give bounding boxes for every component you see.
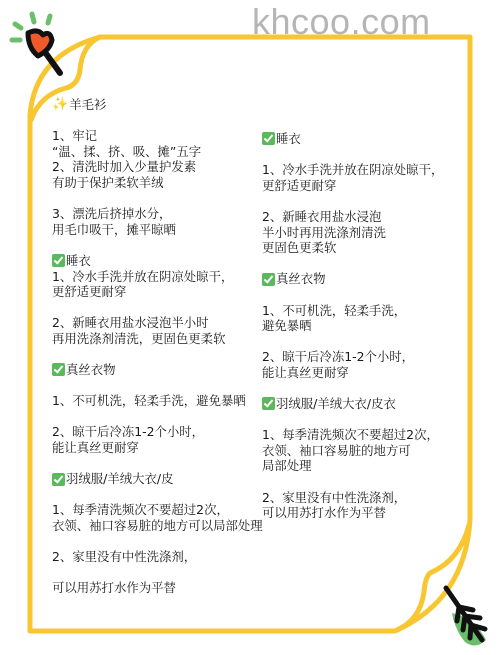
text-line: 半小时再用洗涤剂清洗 — [262, 225, 467, 241]
spacer — [52, 409, 267, 425]
section-heading-down: 羽绒服/羊绒大衣/皮 — [52, 471, 267, 487]
spacer — [52, 237, 267, 253]
text-line: 更固色更柔软 — [262, 240, 467, 256]
text-line: 2、清洗时加入少量护发素 — [52, 159, 267, 175]
text-line: 2、晾干后冷冻1-2个小时， — [262, 349, 467, 365]
text-line: 用毛巾吸干，摊平晾晒 — [52, 222, 267, 238]
text-line: 避免暴晒 — [262, 318, 467, 334]
spacer — [52, 487, 267, 503]
text-line: 1、牢记 — [52, 128, 267, 144]
text-line: 2、家里没有中性洗涤剂， — [262, 490, 467, 506]
left-column: ✨ 羊毛衫 1、牢记 “温、揉、挤、吸、摊”五字 2、清洗时加入少量护发素 有助… — [52, 97, 267, 596]
section-heading-pajama: 睡衣 — [262, 131, 467, 147]
text-line: 1、冷水手洗并放在阴凉处晾干， — [262, 162, 467, 178]
text-line: 2、晾干后冷冻1-2个小时， — [52, 424, 267, 440]
text-line: 衣领、袖口容易脏的地方可以局部处理 — [52, 518, 267, 534]
checkmark-icon — [262, 273, 275, 286]
checkmark-icon — [262, 132, 275, 145]
spacer — [52, 378, 267, 394]
heart-pin-icon — [28, 31, 60, 73]
spacer — [52, 300, 267, 316]
section-heading-silk: 真丝衣物 — [262, 271, 467, 287]
text-line: 2、家里没有中性洗涤剂， — [52, 549, 267, 565]
spacer — [52, 565, 267, 581]
heading-label: 羊毛衫 — [69, 97, 106, 113]
text-line: 2、新睡衣用盐水浸泡 — [262, 209, 467, 225]
heading-label: 睡衣 — [66, 253, 91, 269]
section-heading-silk: 真丝衣物 — [52, 362, 267, 378]
text-line: 1、每季清洗频次不要超过2次， — [262, 427, 467, 443]
text-line: 1、冷水手洗并放在阴凉处晾干， — [52, 269, 267, 285]
heading-label: 睡衣 — [276, 131, 301, 147]
text-line: 1、每季清洗频次不要超过2次， — [52, 502, 267, 518]
spacer — [52, 534, 267, 550]
text-line: 能让真丝更耐穿 — [262, 365, 467, 381]
section-heading-wool: ✨ 羊毛衫 — [52, 97, 267, 113]
spacer — [52, 191, 267, 207]
spacer — [262, 334, 467, 350]
text-line: 有助于保护柔软羊绒 — [52, 175, 267, 191]
text-line: 能让真丝更耐穿 — [52, 440, 267, 456]
spacer — [52, 113, 267, 129]
spacer — [262, 193, 467, 209]
text-line: 3、漂洗后挤掉水分， — [52, 206, 267, 222]
right-column: 睡衣 1、冷水手洗并放在阴凉处晾干， 更舒适更耐穿 2、新睡衣用盐水浸泡 半小时… — [262, 131, 467, 521]
heading-label: 真丝衣物 — [276, 271, 326, 287]
text-line: 衣领、袖口容易脏的地方可 — [262, 443, 467, 459]
section-heading-down: 羽绒服/羊绒大衣/皮衣 — [262, 396, 467, 412]
spacer — [52, 456, 267, 472]
text-line: 更舒适更耐穿 — [262, 178, 467, 194]
leaf-icon — [446, 588, 486, 646]
heading-label: 真丝衣物 — [66, 362, 116, 378]
text-line: “温、揉、挤、吸、摊”五字 — [52, 144, 267, 160]
spacer — [262, 474, 467, 490]
spacer — [262, 256, 467, 272]
checkmark-icon — [52, 363, 65, 376]
checkmark-icon — [262, 397, 275, 410]
watermark: khcoo.com — [252, 2, 431, 42]
checkmark-icon — [52, 473, 65, 486]
text-line: 可以用苏打水作为平替 — [262, 505, 467, 521]
spacer — [52, 347, 267, 363]
text-line: 1、不可机洗，轻柔手洗， — [262, 303, 467, 319]
spacer — [262, 381, 467, 397]
section-heading-pajama: 睡衣 — [52, 253, 267, 269]
checkmark-icon — [52, 254, 65, 267]
text-line: 1、不可机洗，轻柔手洗，避免暴晒 — [52, 393, 267, 409]
sparkles-icon: ✨ — [52, 97, 68, 113]
text-line: 可以用苏打水作为平替 — [52, 580, 267, 596]
text-line: 再用洗涤剂清洗，更固色更柔软 — [52, 331, 267, 347]
spacer — [262, 412, 467, 428]
text-line: 更舒适更耐穿 — [52, 284, 267, 300]
text-line: 局部处理 — [262, 458, 467, 474]
heading-label: 羽绒服/羊绒大衣/皮 — [66, 471, 173, 487]
spacer — [262, 147, 467, 163]
text-line: 2、新睡衣用盐水浸泡半小时 — [52, 315, 267, 331]
heading-label: 羽绒服/羊绒大衣/皮衣 — [276, 396, 396, 412]
spacer — [262, 287, 467, 303]
